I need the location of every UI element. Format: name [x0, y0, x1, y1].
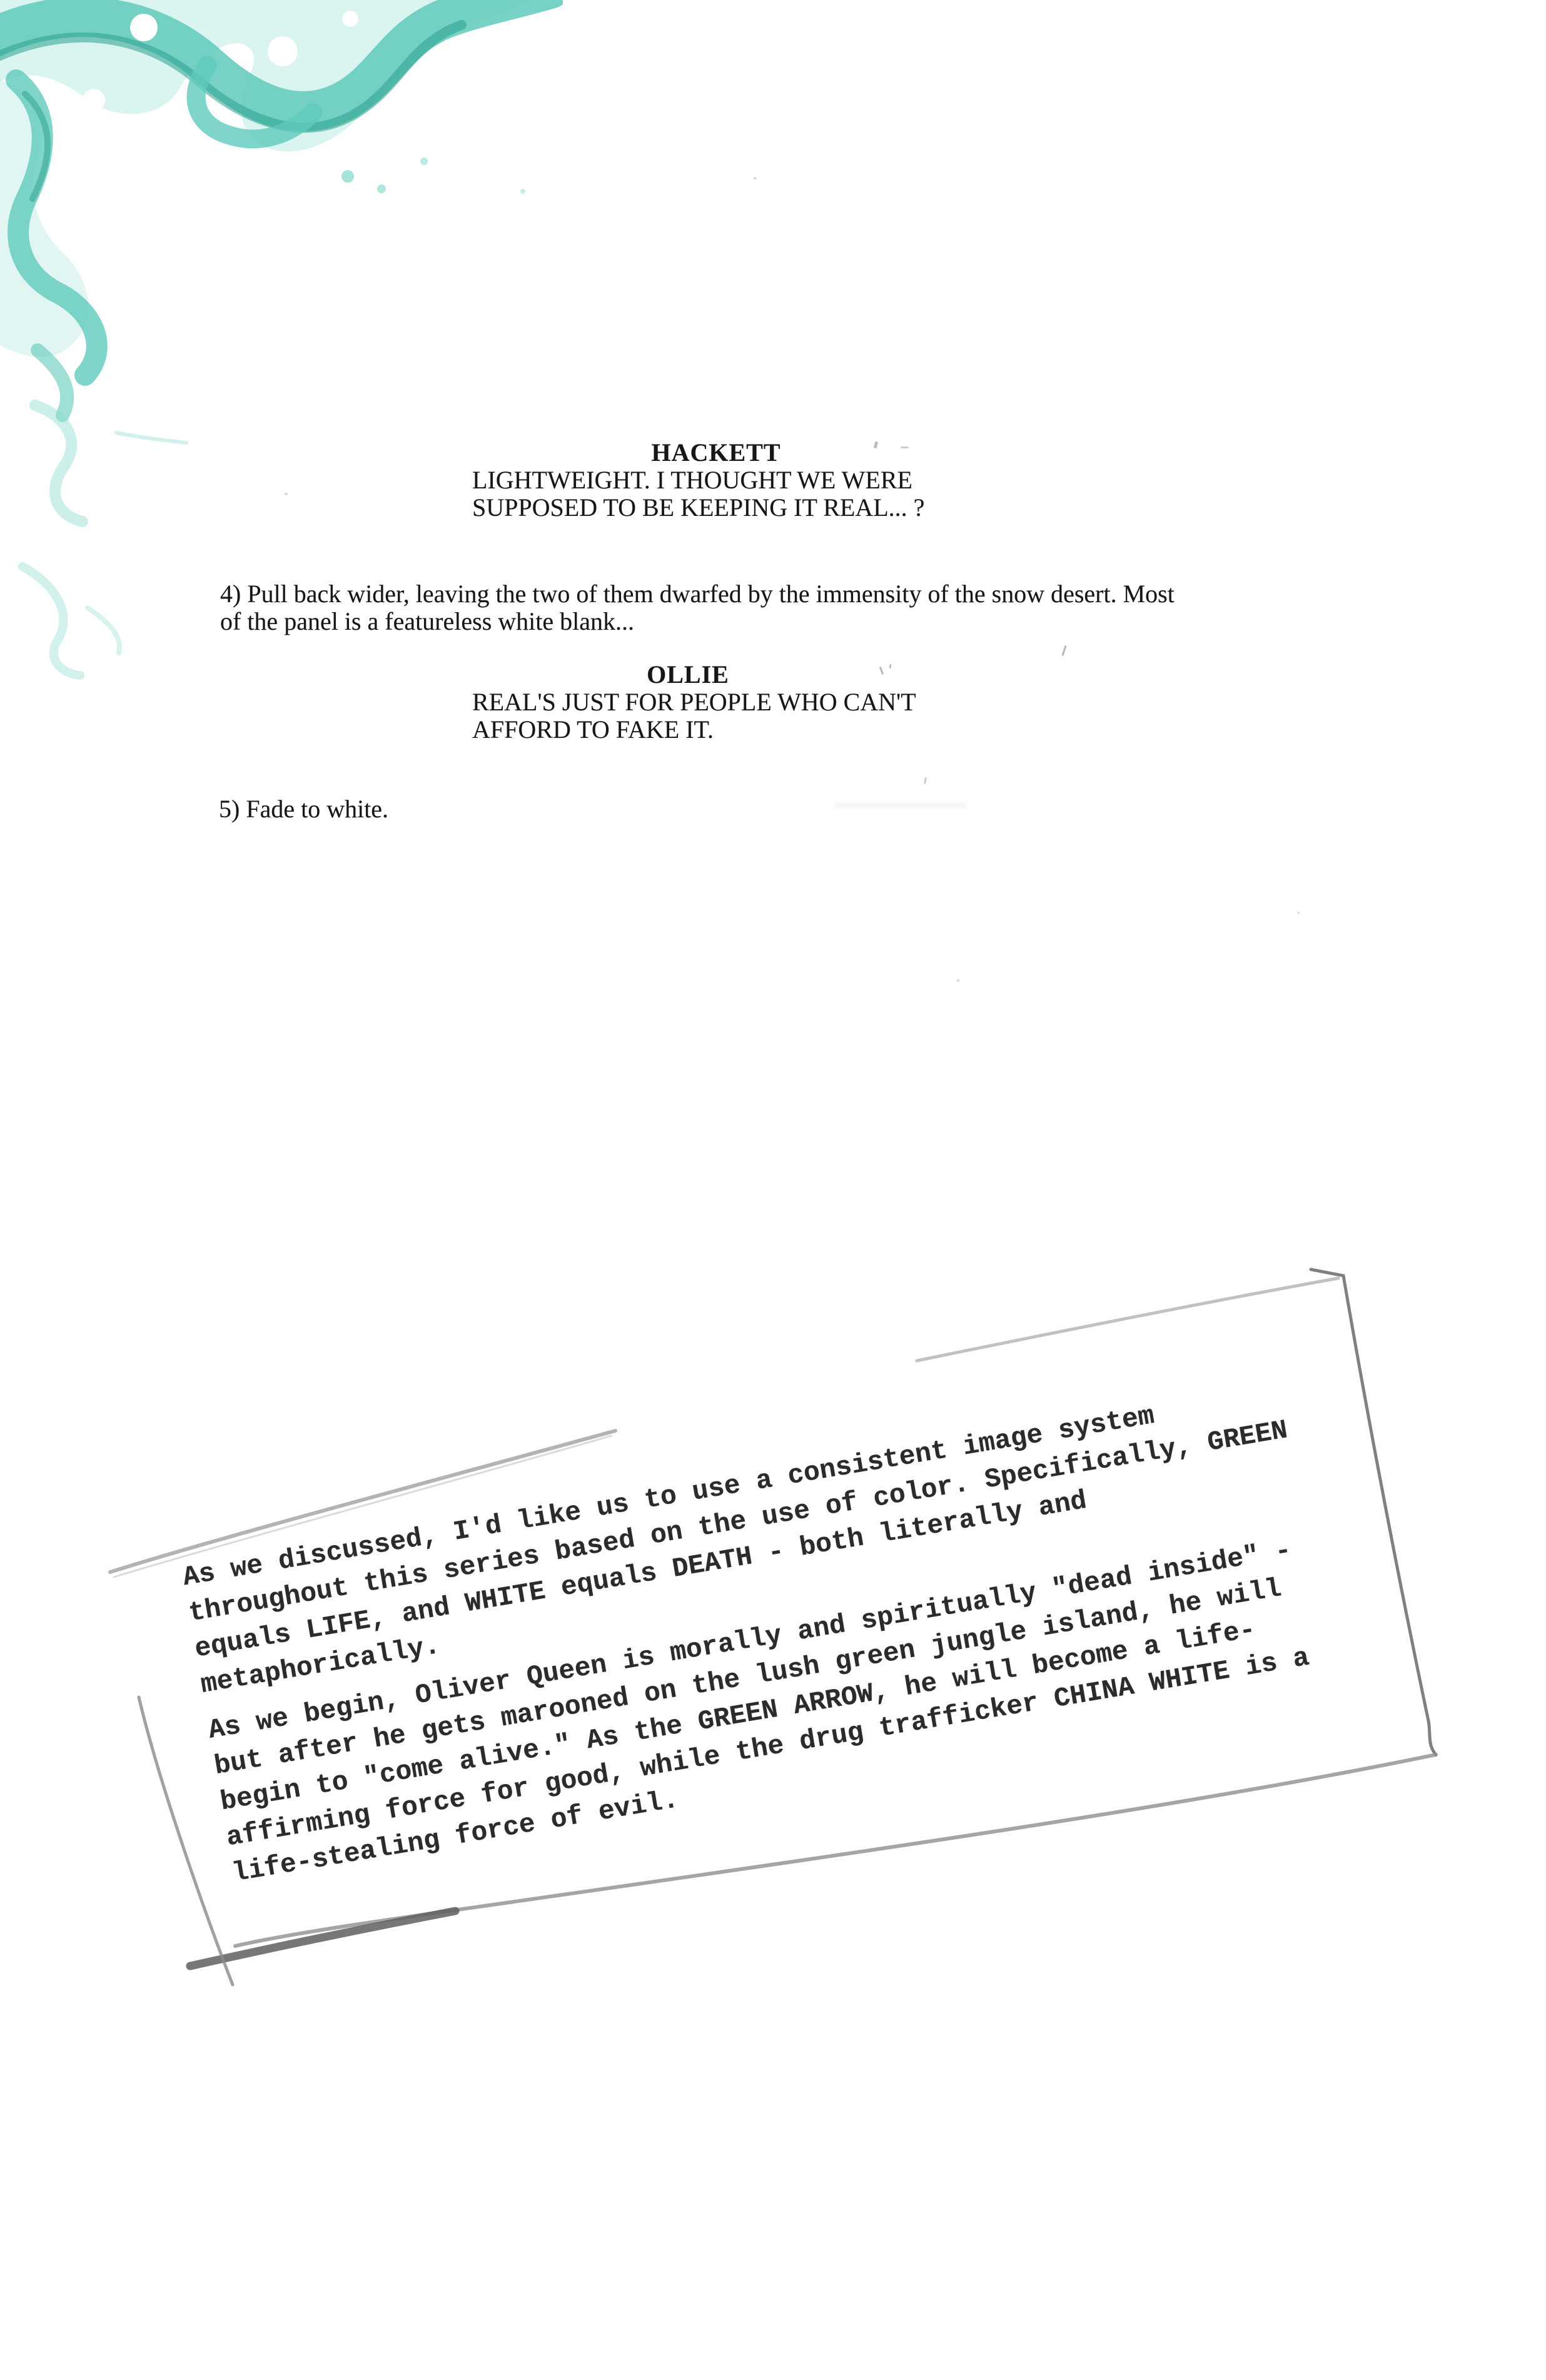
watercolor-droplet — [341, 170, 354, 183]
scan-speck — [924, 777, 927, 784]
character-name: OLLIE — [472, 661, 904, 688]
watercolor-shape — [88, 608, 119, 653]
watercolor-shape — [116, 433, 186, 443]
watercolor-droplet — [377, 184, 386, 193]
action-line: 5) Fade to white. — [219, 795, 388, 823]
watercolor-shape — [23, 567, 80, 675]
panel-description-5: 5) Fade to white. — [219, 795, 388, 823]
dialogue-line: LIGHTWEIGHT. I THOUGHT WE WERE — [472, 466, 960, 494]
watercolor-shape — [0, 25, 462, 128]
watercolor-hole — [130, 14, 158, 41]
scan-speck — [285, 493, 288, 495]
pencil-stroke — [1311, 1269, 1436, 1755]
dialogue-block-ollie: OLLIE REAL'S JUST FOR PEOPLE WHO CAN'T A… — [472, 661, 916, 744]
watercolor-shape — [0, 0, 532, 151]
watercolor-hole — [342, 11, 358, 27]
scan-speck — [754, 177, 756, 179]
scan-speck — [1061, 645, 1066, 656]
watercolor-hole — [268, 36, 298, 66]
watercolor-droplet — [520, 189, 525, 194]
watercolor-shape — [0, 80, 88, 357]
watercolor-shape — [0, 0, 550, 111]
scan-smudge — [835, 803, 966, 807]
action-line: 4) Pull back wider, leaving the two of t… — [220, 580, 1175, 608]
character-name: HACKETT — [472, 439, 960, 466]
watercolor-shape — [16, 80, 97, 375]
watercolor-hole — [83, 89, 105, 111]
dialogue-block-hackett: HACKETT LIGHTWEIGHT. I THOUGHT WE WERE S… — [472, 439, 960, 522]
watercolor-shape — [38, 350, 67, 415]
pencil-stroke — [190, 1911, 455, 1966]
dialogue-line: REAL'S JUST FOR PEOPLE WHO CAN'T — [472, 688, 916, 716]
pencil-stroke — [917, 1278, 1338, 1361]
watercolor-shape — [196, 65, 313, 139]
scan-speck — [1298, 912, 1300, 914]
scan-speck — [901, 446, 909, 448]
typed-note: As we discussed, I'd like us to use a co… — [180, 1376, 1334, 1892]
watercolor-droplet — [420, 158, 428, 165]
panel-description-4: 4) Pull back wider, leaving the two of t… — [220, 580, 1175, 635]
dialogue-line: SUPPOSED TO BE KEEPING IT REAL... ? — [472, 494, 960, 522]
pencil-frame — [0, 0, 1546, 2380]
dialogue-line: AFFORD TO FAKE IT. — [472, 716, 916, 744]
scan-speck — [957, 979, 959, 982]
action-line: of the panel is a featureless white blan… — [220, 608, 1175, 635]
watercolor-shape — [35, 405, 83, 522]
watercolor-hole — [382, 108, 403, 129]
scanned-script-page: HACKETT LIGHTWEIGHT. I THOUGHT WE WERE S… — [0, 0, 1546, 2380]
watercolor-shape — [25, 94, 48, 199]
